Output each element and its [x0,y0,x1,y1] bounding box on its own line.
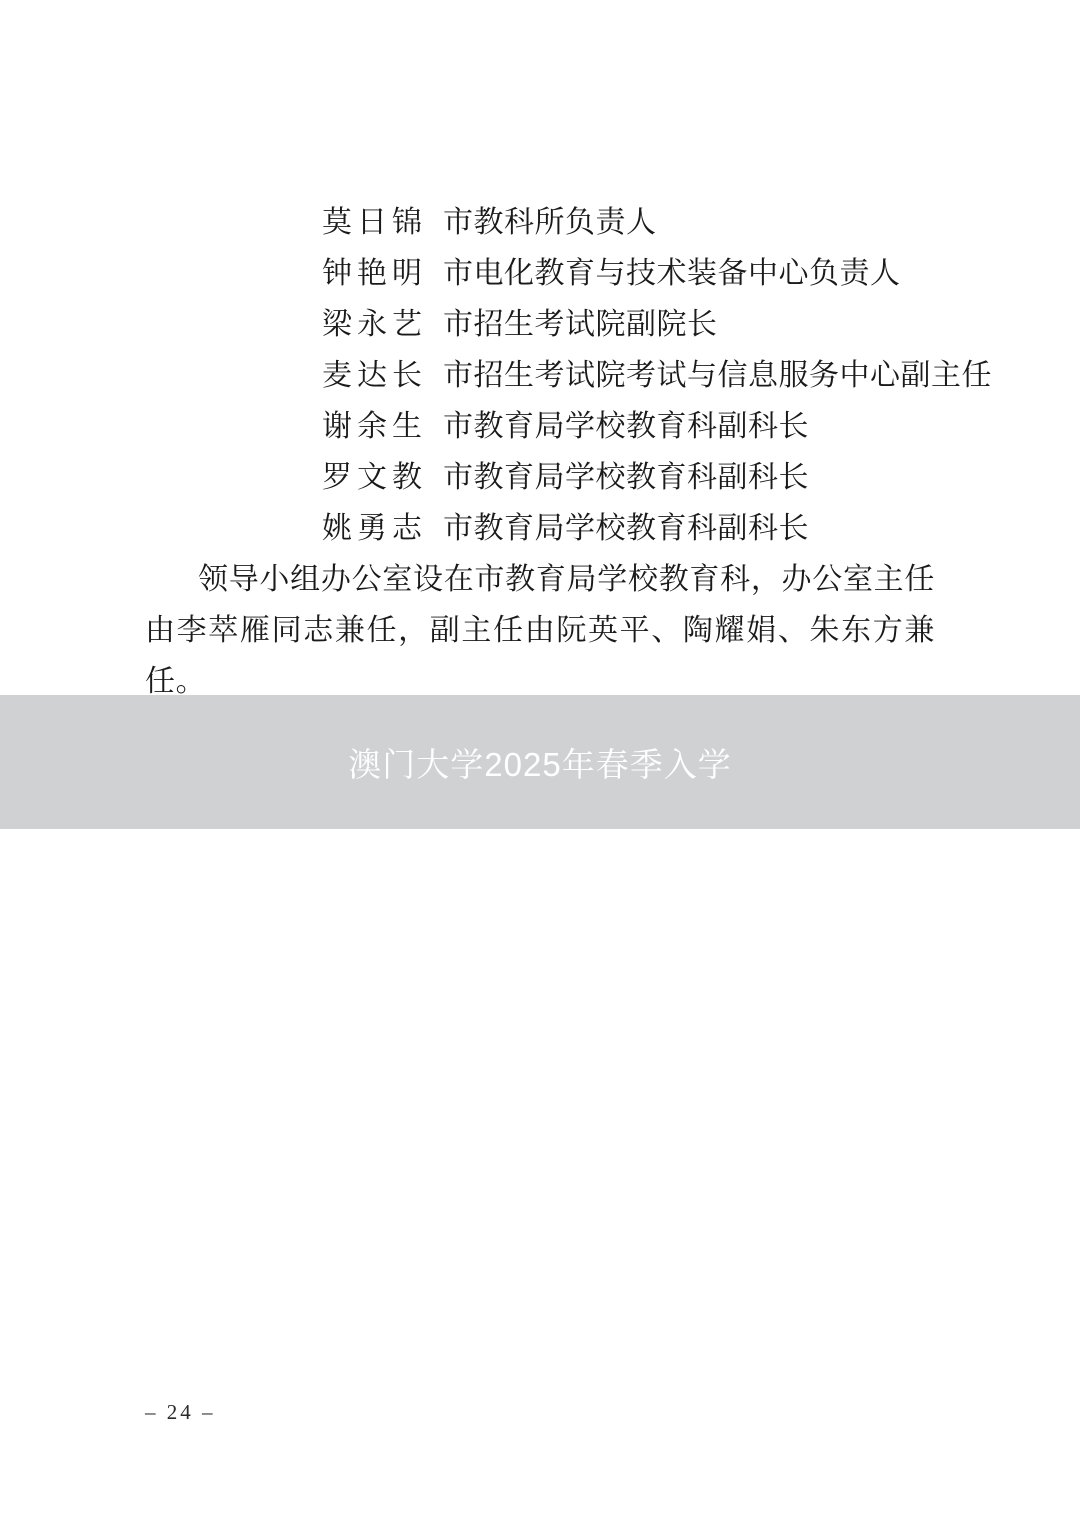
person-title: 市教育局学校教育科副科长 [443,503,809,554]
roster-row: 钟艳明 市电化教育与技术装备中心负责人 [322,248,935,299]
page-number: – 24 – [145,1400,216,1425]
person-name: 姚勇志 [322,503,443,554]
watermark-banner: 澳门大学2025年春季入学 [0,695,1080,829]
roster-row: 莫日锦 市教科所负责人 [322,197,935,248]
person-name: 谢余生 [322,401,443,452]
person-title: 市教育局学校教育科副科长 [443,452,809,503]
roster-row: 罗文教 市教育局学校教育科副科长 [322,452,935,503]
person-title: 市教育局学校教育科副科长 [443,401,809,452]
person-name: 麦达长 [322,350,443,401]
roster-row: 姚勇志 市教育局学校教育科副科长 [322,503,935,554]
roster-list: 莫日锦 市教科所负责人 钟艳明 市电化教育与技术装备中心负责人 梁永艺 市招生考… [322,197,935,554]
person-title: 市招生考试院考试与信息服务中心副主任 [443,350,992,401]
document-page: 莫日锦 市教科所负责人 钟艳明 市电化教育与技术装备中心负责人 梁永艺 市招生考… [0,0,1080,1527]
person-name: 莫日锦 [322,197,443,248]
person-name: 钟艳明 [322,248,443,299]
roster-row: 谢余生 市教育局学校教育科副科长 [322,401,935,452]
person-title: 市招生考试院副院长 [443,299,718,350]
roster-row: 麦达长 市招生考试院考试与信息服务中心副主任 [322,350,935,401]
roster-row: 梁永艺 市招生考试院副院长 [322,299,935,350]
person-name: 梁永艺 [322,299,443,350]
person-title: 市电化教育与技术装备中心负责人 [443,248,901,299]
document-body: 莫日锦 市教科所负责人 钟艳明 市电化教育与技术装备中心负责人 梁永艺 市招生考… [145,197,935,707]
person-name: 罗文教 [322,452,443,503]
person-title: 市教科所负责人 [443,197,657,248]
watermark-banner-text: 澳门大学2025年春季入学 [348,739,731,786]
closing-paragraph: 领导小组办公室设在市教育局学校教育科，办公室主任由李萃雁同志兼任，副主任由阮英平… [145,554,935,707]
